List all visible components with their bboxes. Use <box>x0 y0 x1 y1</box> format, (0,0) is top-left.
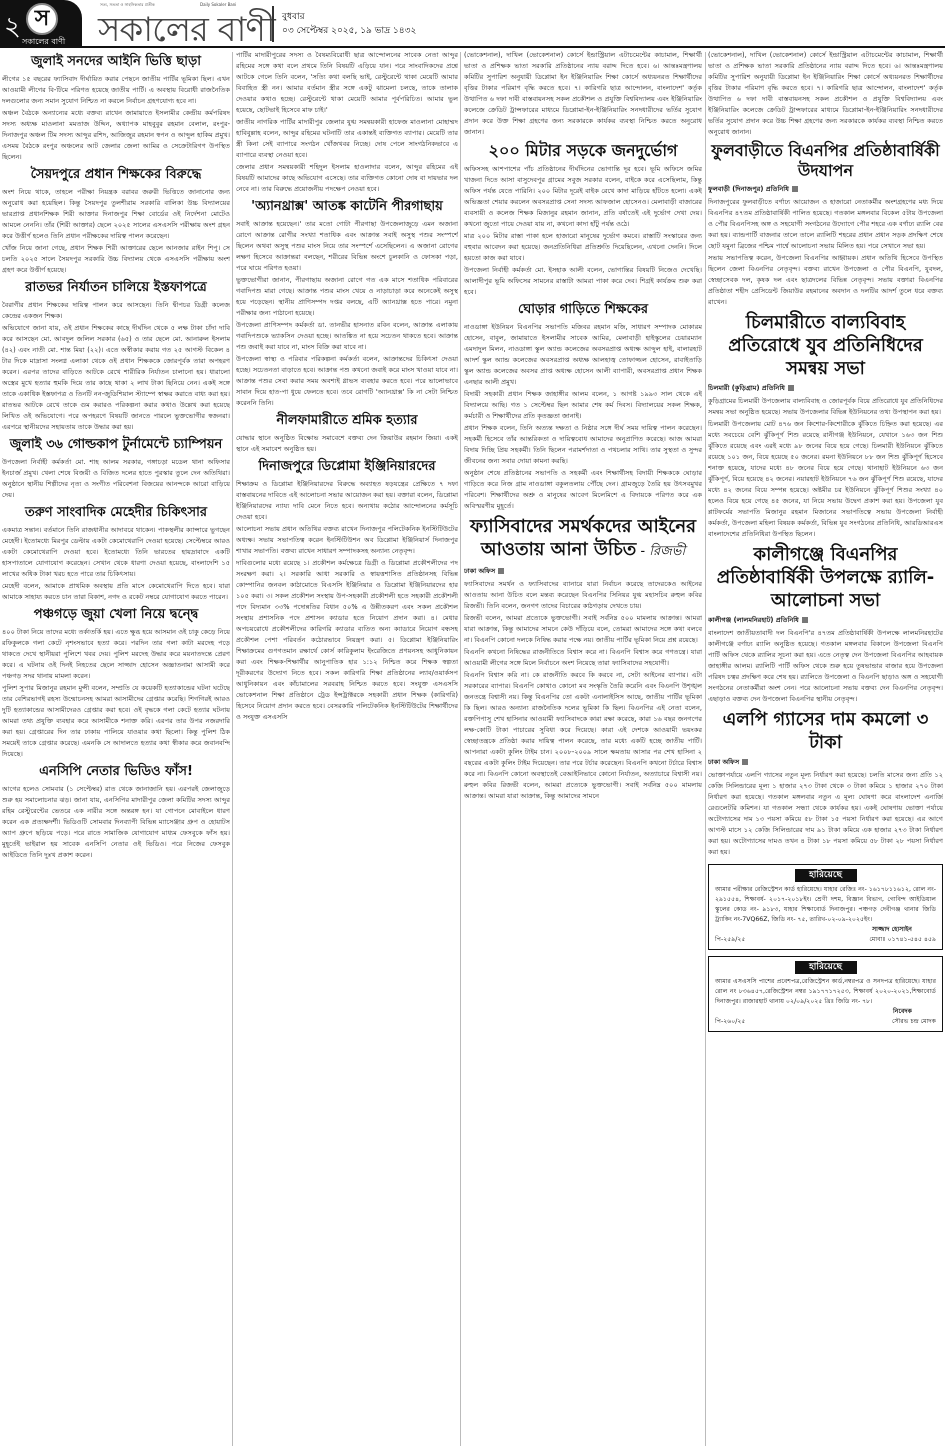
lost-notice-signer: সাজ্জাদ হোসাইন <box>715 925 936 935</box>
article-paragraph: জাতীয় নাগরিক পার্টির মাদারীপুর জেলার যু… <box>236 117 458 161</box>
lost-notice: হারিয়েছে আমার এসএসসি পাশের প্রবেশপত্র,র… <box>708 956 943 1032</box>
article-paragraph: মাত্র ২০০ মিটার রাস্তা পাকা হলে হাজারো ম… <box>464 231 702 264</box>
lost-notice-footer: পি-২৫৯/২৫ মোবাঃ ০১৭৪১-৫৪৫ ৪৫৯ <box>715 935 936 945</box>
article-paragraph: দাবিগুলোর মধ্যে রয়েছে ১। প্রকৌশল কর্মক্… <box>236 558 458 723</box>
article-paragraph: খোঁজ নিয়ে জানা গেছে, প্রধান শিক্ষক শিরী… <box>2 243 230 276</box>
article-paragraph: লীগের ১৫ বছরের ফ্যাসিবাদ দীর্ঘায়িত করার… <box>2 74 230 107</box>
headline-saidpur-teacher[interactable]: সৈয়দপুরে প্রধান শিক্ষকের বিরুদ্ধে <box>2 166 230 184</box>
logo-icon: স <box>26 3 58 35</box>
lost-notice-footer: পি-২৬০/২৫ সৌরভ চন্দ্র মোদক <box>715 1017 936 1027</box>
headline-phulbari-bnp[interactable]: ফুলবাড়ীতে বিএনপির প্রতিষ্ঠাবার্ষিকী উদয… <box>708 141 943 181</box>
article-paragraph: নাওডাঙ্গা ইউনিয়ন বিএনপির সভাপতি মজিবর র… <box>464 322 702 388</box>
lost-notice-body: আমার পরীক্ষার রেজিস্ট্রেশন কার্ড হারিয়ে… <box>715 885 936 925</box>
byline: ফুলবাড়ী (দিনাজপুর) প্রতিনিধি <box>708 184 943 195</box>
byline-square-icon <box>792 186 798 192</box>
headline-anthrax[interactable]: 'অ্যানথ্রাক্স' আতঙ্ক কাটেনি পীরগাছায় <box>236 198 458 216</box>
column-rule <box>460 52 461 1446</box>
lost-notice-signer: সৌরভ চন্দ্র মোদক <box>892 1017 936 1027</box>
headline-overnight-torture[interactable]: রাতভর নির্যাতন চালিয়ে ইস্তফাপত্রে <box>2 279 230 297</box>
column-rule <box>705 52 706 1446</box>
article-paragraph: ভোক্তাপর্যায়ে এলপি গ্যাসের নতুন মূল্য ন… <box>708 770 943 858</box>
article-paragraph: দিনাজপুরের ফুলবাড়ীতে বর্ণাঢ্য আয়োজন ও … <box>708 197 943 252</box>
article-paragraph: সবাই আক্রান্ত হয়েছেন।' তার মতো গোটা পীর… <box>236 219 458 274</box>
article-paragraph: অফিসসহ আশপাশের পাঁচ প্রতিষ্ঠানের দীর্ঘদি… <box>464 164 702 230</box>
headline-journalist-treatment[interactable]: তরুণ সাংবাদিক মেহেদীর চিকিৎসার <box>2 504 230 522</box>
lost-notice-phone: মোবাঃ ০১৭৪১-৫৪৫ ৪৫৯ <box>869 935 936 945</box>
article-paragraph: মেহেদী বলেন, আমাকে প্রাথমিক অবস্থায় প্র… <box>2 581 230 603</box>
article-paragraph: সভায় সভাপতিত্ব করেন, উপজেলা বিএনপির আহ্… <box>708 253 943 308</box>
headline-200m-road[interactable]: ২০০ মিটার সড়কে জনদুর্ভোগ <box>464 141 702 161</box>
masthead-divider <box>272 6 274 42</box>
lost-notice: হারিয়েছে আমার পরীক্ষার রেজিস্ট্রেশন কার… <box>708 864 943 950</box>
headline-gold-cup[interactable]: জুলাই ৩৬ গোল্ডকাপ টুর্নামেন্টে চ্যাম্পিয… <box>2 436 230 454</box>
article-paragraph: বিদায়ী সহকারী প্রধান শিক্ষক জাহাঙ্গীর আ… <box>464 389 702 422</box>
article-paragraph: অনুষ্ঠান শেষে প্রতিষ্ঠানের সভাপতি ও সহকর… <box>464 468 702 512</box>
byline-square-icon <box>802 617 808 623</box>
article-paragraph: ৪০০ টাকা নিয়ে তাদের মধ্যে তর্কাতর্কি হয… <box>2 627 230 682</box>
article-paragraph: উপজেলা স্বাস্থ্য ও পরিবার পরিকল্পনা কর্ম… <box>236 354 458 409</box>
column-rule <box>232 52 233 1446</box>
lost-notice-code: পি-২৫৯/২৫ <box>715 935 745 945</box>
headline-diploma-engineers[interactable]: দিনাজপুরে ডিপ্লোমা ইঞ্জিনিয়ারদের <box>236 458 458 476</box>
byline: ঢাকা অফিস <box>464 566 702 577</box>
article-paragraph: যোদ্ধার স্থানে অনুষ্ঠিত বিক্ষোভ সমাবেশে … <box>236 433 458 455</box>
article-paragraph: আলোচনা সভায় প্রধান অতিথির বক্তব্য রাখেন… <box>236 524 458 557</box>
byline: ঢাকা অফিস <box>708 757 943 768</box>
lost-notice-title: হারিয়েছে <box>795 869 857 882</box>
article-paragraph: একমাত্র সন্তান। বর্তমানে তিনি রাজধানীর আ… <box>2 525 230 580</box>
article-paragraph: অভিযোগে জানা যায়, ওই প্রধান শিক্ষকের কা… <box>2 323 230 433</box>
headline-panchagarh-gambling[interactable]: পঞ্চগড়ে জুয়া খেলা নিয়ে দ্বন্দ্বে <box>2 606 230 624</box>
headline-kaliganj-bnp[interactable]: কালীগঞ্জে বিএনপির প্রতিষ্ঠাবার্ষিকী উপলক… <box>708 543 943 612</box>
weekday: বুধবার <box>282 10 416 24</box>
headline-lp-gas-price[interactable]: এলপি গ্যাসের দাম কমলো ৩ টাকা <box>708 708 943 754</box>
article-paragraph: উপজেলা প্রাণিসম্পদ কর্মকর্তা ডা. তানভীর … <box>236 320 458 353</box>
article-paragraph: বাংলাদেশ জাতীয়তাবাদী দল বিএনপি'র ৪৭তম প… <box>708 628 943 705</box>
page-number-tab: ২ স সকালের বাণী <box>0 0 82 48</box>
lost-notice-body: আমার এসএসসি পাশের প্রবেশপত্র,রেজিস্ট্রেশ… <box>715 977 936 1007</box>
headline-rizvi[interactable]: ফ্যাসিবাদের সমর্থকদের আইনের আওতায় আনা উ… <box>464 515 702 563</box>
article-paragraph: বিএনপি কখনো নিষিদ্ধের রাজনীতিতে বিশ্বাস … <box>464 647 702 669</box>
article-paragraph: প্রধান শিক্ষক বলেন, তিনি অত্যন্ত দক্ষতা … <box>464 423 702 467</box>
byline-square-icon <box>788 385 794 391</box>
article-paragraph: কুড়িগ্রামের চিলমারী উপজেলায় বাল্যবিবাহ… <box>708 396 943 418</box>
article-paragraph: পার্টির মাদারীপুরের সদস্য ও বৈষম্যবিরোধী… <box>236 50 458 116</box>
article-paragraph: শিক্ষাক্রম ও ডিপ্লোমা ইঞ্জিনিয়ারদের বির… <box>236 479 458 523</box>
article-paragraph: আগের হলেও সোমবার (১ সেপ্টেম্বর) রাত থেকে… <box>2 784 230 861</box>
headline-horse-cart-teacher[interactable]: ঘোড়ার গাড়িতে শিক্ষকের <box>464 301 702 319</box>
article-paragraph: অঞ্চল বৈঠকে অন্যান্যের মধ্যে বক্তব্য রাখ… <box>2 108 230 163</box>
page-number: ২ <box>4 6 21 50</box>
lost-notice-title: হারিয়েছে <box>795 961 857 974</box>
article-paragraph: ভুক্তভোগীরা জানান, পীরগাছায় অজানা রোগে … <box>236 275 458 319</box>
article-paragraph: বৈরাগীর প্রধান শিক্ষকের দায়িত্ব পালন কর… <box>2 300 230 322</box>
headline-ncp-video[interactable]: এনসিপি নেতার ভিডিও ফাঁস! <box>2 763 230 781</box>
byline-square-icon <box>498 568 504 574</box>
headline-rizvi-attribution: - রিজভী <box>636 544 685 559</box>
article-paragraph: রিজভী বলেন, আমরা প্রত্যেকে ভুক্তভোগী। সব… <box>464 613 702 646</box>
byline-square-icon <box>742 759 748 765</box>
headline-july-charter[interactable]: জুলাই সনদের আইনি ভিত্তি ছাড়া <box>2 53 230 71</box>
logo-caption: সকালের বাণী <box>22 36 65 49</box>
article-paragraph: পুলিশ সুপার মিজানুর রহমান মুন্সী বলেন, স… <box>2 683 230 760</box>
article-paragraph: জেলার প্রধান সমন্বয়কারী শহিদুল ইসলাম হা… <box>236 162 458 195</box>
article-paragraph: (ভোকেশনাল), দাখিল (ভোকেশনাল) কোর্সে ইন্ড… <box>464 50 702 138</box>
column-4: (ভোকেশনাল), দাখিল (ভোকেশনাল) কোর্সে ইন্ড… <box>708 50 943 1448</box>
article-paragraph: অংশ নিয়ে থাকে, তাহলে পরীক্ষা নিয়ন্ত্রক… <box>2 187 230 242</box>
headline-nilphamari-worker[interactable]: নীলফামারীতে শ্রমিক হত্যার <box>236 412 458 430</box>
lost-notice-signer-label: নিবেদক <box>715 1007 936 1017</box>
column-3: (ভোকেশনাল), দাখিল (ভোকেশনাল) কোর্সে ইন্ড… <box>464 50 702 1448</box>
masthead: ২ স সকালের বাণী সত্য, সততা ও সাহসিকতার প… <box>0 0 945 48</box>
column-2: পার্টির মাদারীপুরের সদস্য ও বৈষম্যবিরোধী… <box>236 50 458 1448</box>
article-paragraph: উপজেলা নির্বাহী কর্মকর্তা মো. ইসহাক আলী … <box>464 265 702 298</box>
article-paragraph: বিএনপি বিশ্বাস করি না। কে রাজনীতি করবে ক… <box>464 670 702 802</box>
lost-notice-code: পি-২৬০/২৫ <box>715 1017 745 1027</box>
byline: কালীগঞ্জ (লালমনিরহাট) প্রতিনিধি <box>708 615 943 626</box>
byline: চিলমারী (কুড়িগ্রাম) প্রতিনিধি <box>708 383 943 394</box>
date: ০৩ সেপ্টেম্বর ২০২৫, ১৯ ভাদ্র ১৪৩২ <box>282 24 416 38</box>
headline-chilmari-child-marriage[interactable]: চিলমারীতে বাল্যবিবাহ প্রতিরোধে যুব প্রতি… <box>708 311 943 380</box>
article-paragraph: চিলমারী উপজেলায় মোট ৪৭৬ জন কিশোর-কিশোরী… <box>708 419 943 540</box>
dateline: বুধবার ০৩ সেপ্টেম্বর ২০২৫, ১৯ ভাদ্র ১৪৩২ <box>282 10 416 38</box>
article-paragraph: উপজেলা নির্বাহী কর্মকর্তা মো. শাহ আলম সর… <box>2 457 230 501</box>
column-1: জুলাই সনদের আইনি ভিত্তি ছাড়া লীগের ১৫ ব… <box>2 50 230 1448</box>
article-paragraph: (ভোকেশনাল), দাখিল (ভোকেশনাল) কোর্সে ইন্ড… <box>708 50 943 138</box>
article-paragraph: ফ্যাসিবাদের সমর্থন ও ফ্যাসিবাদের ব্যানার… <box>464 579 702 612</box>
